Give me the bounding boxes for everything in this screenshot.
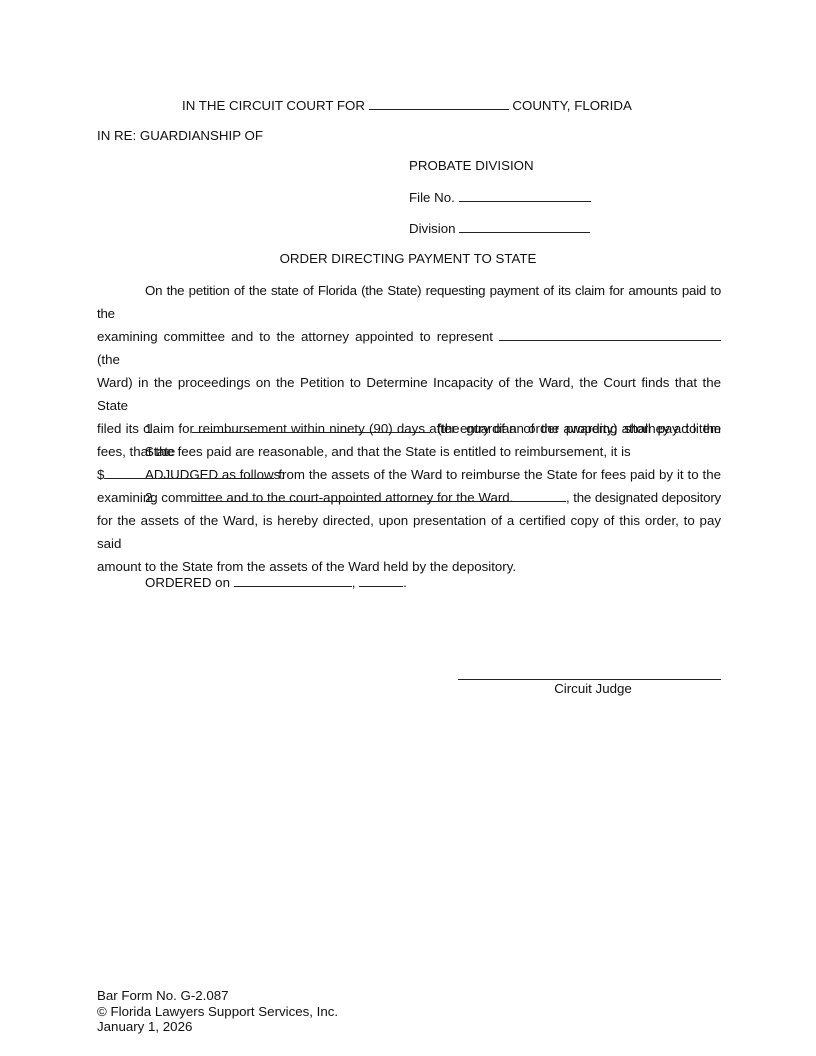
form-date: January 1, 2026 [97, 1019, 338, 1035]
file-no-label: File No. [409, 190, 455, 205]
copyright-notice: © Florida Lawyers Support Services, Inc. [97, 1004, 338, 1020]
guardian-name-field[interactable] [192, 420, 430, 433]
footer: Bar Form No. G-2.087 © Florida Lawyers S… [97, 988, 338, 1035]
item-1-line-1: 1. (the guardian of the property) shall … [97, 417, 721, 463]
petition-line-3: Ward) in the proceedings on the Petition… [97, 371, 721, 417]
court-suffix: COUNTY, FLORIDA [512, 98, 631, 113]
ordered-on-row: ORDERED on , . [145, 574, 407, 590]
in-re-heading: IN RE: GUARDIANSHIP OF [97, 128, 263, 143]
file-no-row: File No. [409, 189, 591, 205]
depository-name-field[interactable] [192, 489, 566, 502]
signature-line[interactable] [458, 679, 721, 680]
signature-label: Circuit Judge [458, 681, 728, 696]
bar-form-number: Bar Form No. G-2.087 [97, 988, 338, 1004]
division-label: Division [409, 221, 456, 236]
division-row: Division [409, 220, 590, 236]
document-title: ORDER DIRECTING PAYMENT TO STATE [0, 251, 816, 266]
probate-division: PROBATE DIVISION [409, 158, 534, 173]
petition-line-1: On the petition of the state of Florida … [97, 279, 721, 325]
item-1-line-2: $ from the assets of the Ward to reimbur… [97, 463, 721, 486]
order-year-field[interactable] [359, 574, 403, 587]
order-date-field[interactable] [234, 574, 352, 587]
ordered-on-label: ORDERED on [145, 575, 230, 590]
ward-name-field[interactable] [499, 328, 721, 341]
item-2-line-2: for the assets of the Ward, is hereby di… [97, 509, 721, 555]
division-field[interactable] [459, 220, 590, 233]
court-prefix: IN THE CIRCUIT COURT FOR [182, 98, 365, 113]
item-1-number: 1. [145, 417, 192, 440]
item-2: 2., the designated depository for the as… [97, 486, 721, 578]
file-no-field[interactable] [459, 189, 591, 202]
item-2-line-1: 2., the designated depository [97, 486, 721, 509]
petition-line-2: examining committee and to the attorney … [97, 325, 721, 371]
court-heading: IN THE CIRCUIT COURT FOR COUNTY, FLORIDA [182, 97, 632, 113]
item-2-number: 2. [145, 486, 192, 509]
county-field[interactable] [369, 97, 509, 110]
amount-field[interactable] [104, 466, 274, 479]
